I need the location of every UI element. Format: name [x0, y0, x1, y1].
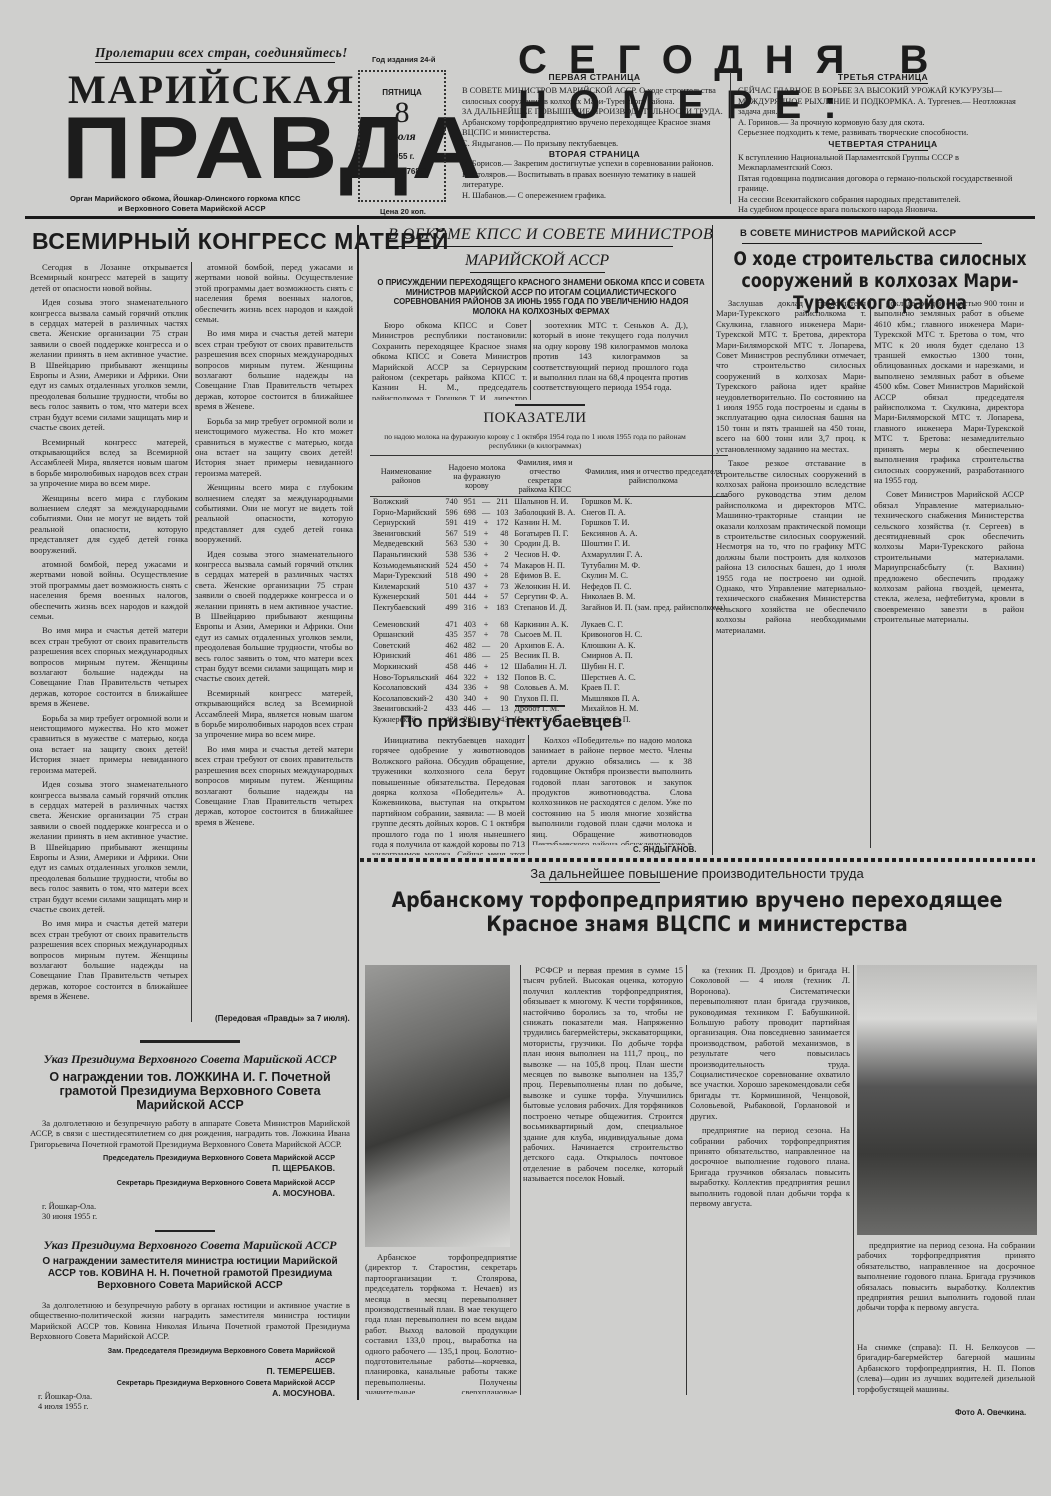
- signer-name: А. МОСУНОВА.: [90, 1188, 335, 1199]
- name-cell: Весник П. В.: [511, 651, 578, 662]
- arban-col4: предприятие на период сезона. На собрани…: [857, 1240, 1035, 1340]
- name-cell: Архипов Е. А.: [511, 641, 578, 652]
- district-cell: Куженерский: [370, 592, 442, 603]
- value-cell: 482: [461, 641, 479, 652]
- name-cell: Макаров Н. П.: [511, 561, 578, 572]
- indicators-table: Наименование районов Надоено молока на ф…: [370, 455, 728, 725]
- value-cell: 450: [461, 561, 479, 572]
- name-cell: Чеснов Н. Ф.: [511, 550, 578, 561]
- value-cell: 25: [493, 651, 511, 662]
- table-row: Ново-Торъяльский464322+132Попов В. С.Шер…: [370, 673, 728, 684]
- table-row: Сернурский591419+172Казнин Н. М.Горшков …: [370, 518, 728, 529]
- year: 1955 г.: [360, 152, 444, 161]
- table-row: Параньгинский538536+2Чеснов Н. Ф.Ахмарул…: [370, 550, 728, 561]
- signer-name: П. ТЕМЕРЕШЕВ.: [90, 1366, 335, 1376]
- value-cell: +: [479, 617, 493, 631]
- value-cell: 172: [493, 518, 511, 529]
- value-cell: 499: [442, 603, 460, 617]
- value-cell: +: [479, 582, 493, 593]
- value-cell: +: [479, 662, 493, 673]
- value-cell: +: [479, 630, 493, 641]
- value-cell: 430: [442, 694, 460, 705]
- table-row: Мари-Турекский518490+28Ефимов В. Е.Скули…: [370, 571, 728, 582]
- organ-line-2: и Верховного Совета Марийской АССР: [118, 204, 266, 213]
- paragraph: Идея созыва этого знаменательного конгре…: [195, 549, 353, 684]
- toc-right: ТРЕТЬЯ СТРАНИЦА СЕЙЧАС ГЛАВНОЕ В БОРЬБЕ …: [738, 72, 1028, 216]
- value-cell: +: [479, 694, 493, 705]
- toc-item[interactable]: В. Столяров.— Воспитывать в правах военн…: [462, 170, 727, 191]
- value-cell: 183: [493, 603, 511, 617]
- article-congress-col2: атомной бомбой, перед ужасами и жертвами…: [195, 262, 353, 1002]
- table-row: Косолаповский-2430340+90Глухов П. П.Мышл…: [370, 694, 728, 705]
- value-cell: 90: [493, 694, 511, 705]
- district-cell: Звениговский: [370, 529, 442, 540]
- photo-peat-workers-right: [857, 965, 1037, 1235]
- decree2-signatures: Зам. Председателя Президиума Верховного …: [90, 1346, 335, 1398]
- place: г. Йошкар-Ола.: [38, 1392, 92, 1402]
- value-cell: 403: [461, 617, 479, 631]
- table-row: Пектубаевский499316+183Степанов И. Д.Заг…: [370, 603, 728, 617]
- pectub-headline: По призыву пектубаевцев: [400, 712, 622, 732]
- toc-item[interactable]: К вступлению Национальной Парламентской …: [738, 153, 1028, 174]
- value-cell: 698: [461, 508, 479, 519]
- value-cell: 458: [442, 662, 460, 673]
- value-cell: —: [479, 497, 493, 508]
- value-cell: 68: [493, 617, 511, 631]
- decree2-body: За долголетнюю и безупречную работу в ор…: [30, 1300, 350, 1346]
- value-cell: 211: [493, 497, 511, 508]
- table-row: Горно-Марийский596698—103Заболоцкий В. А…: [370, 508, 728, 519]
- wavy-divider: [360, 858, 1035, 862]
- pectub-byline: С. ЯНДЫГАНОВ.: [633, 845, 696, 854]
- value-cell: 434: [442, 683, 460, 694]
- value-cell: 591: [442, 518, 460, 529]
- value-cell: 435: [442, 630, 460, 641]
- value-cell: 536: [461, 550, 479, 561]
- toc-item[interactable]: Пятая годовщина подписания договора о ге…: [738, 174, 1028, 195]
- table-row: Килемарский510437+73Желонкин Н. И.Нефедо…: [370, 582, 728, 593]
- name-cell: Степанов И. Д.: [511, 603, 578, 617]
- table-row: Звениговский567519+48Богатырев П. Г.Бекс…: [370, 529, 728, 540]
- value-cell: +: [479, 603, 493, 617]
- paragraph: Во имя мира и счастья детей матери всех …: [30, 625, 188, 708]
- value-cell: —: [479, 651, 493, 662]
- value-cell: 596: [442, 508, 460, 519]
- value-cell: 518: [442, 571, 460, 582]
- decree1-body: За долголетнюю и безупречную работу в ап…: [30, 1118, 350, 1153]
- value-cell: 2: [493, 550, 511, 561]
- decree2-place-date: г. Йошкар-Ола. 4 июля 1955 г.: [38, 1392, 92, 1412]
- place: г. Йошкар-Ола.: [42, 1202, 97, 1212]
- value-cell: 471: [442, 617, 460, 631]
- name-cell: Казнин Н. М.: [511, 518, 578, 529]
- name-cell: Ахмаруллин Г. А.: [578, 550, 728, 561]
- name-cell: Нефедов П. С.: [578, 582, 728, 593]
- name-cell: Тутубалин М. Ф.: [578, 561, 728, 572]
- name-cell: Ефимов В. Е.: [511, 571, 578, 582]
- table-row: Косолаповский434336+98Соловьев А. М.Крае…: [370, 683, 728, 694]
- value-cell: 357: [461, 630, 479, 641]
- paragraph: Всемирный конгресс матерей, открывающийс…: [30, 437, 188, 489]
- paragraph: Идея созыва этого знаменательного конгре…: [30, 779, 188, 914]
- photo-caption: На снимке (справа): П. Н. Белкоусов — бр…: [857, 1342, 1035, 1398]
- paragraph: Заслушав доклад председателя Мари-Турекс…: [716, 298, 866, 454]
- value-cell: 132: [493, 673, 511, 684]
- toc-item[interactable]: В СОВЕТЕ МИНИСТРОВ МАРИЙСКОЙ АССР. О ход…: [462, 86, 727, 107]
- arban-kicker: За дальнейшее повышение производительнос…: [362, 866, 1032, 881]
- decree1-signatures: Председатель Президиума Верховного Совет…: [90, 1152, 335, 1199]
- value-cell: 12: [493, 662, 511, 673]
- name-cell: Попов В. С.: [511, 673, 578, 684]
- paragraph: атомной бомбой, перед ужасами и жертвами…: [195, 262, 353, 324]
- toc-item[interactable]: Н. Шабанов.— С опережением графика.: [462, 191, 727, 202]
- name-cell: Скулин М. С.: [578, 571, 728, 582]
- toc-item[interactable]: С. Яндыганов.— По призыву пектубаевцев.: [462, 139, 727, 150]
- arban-col3: ка (техник П. Дроздов) и бригада Н. Соко…: [690, 965, 850, 1395]
- district-cell: Мари-Турекский: [370, 571, 442, 582]
- name-cell: Горшков Т. И.: [578, 518, 728, 529]
- value-cell: 30: [493, 539, 511, 550]
- name-cell: Шалынов Н. И.: [511, 497, 578, 508]
- value-cell: 78: [493, 630, 511, 641]
- district-cell: Медведевский: [370, 539, 442, 550]
- district-cell: Сернурский: [370, 518, 442, 529]
- value-cell: +: [479, 561, 493, 572]
- value-cell: 524: [442, 561, 460, 572]
- name-cell: Богатырев П. Г.: [511, 529, 578, 540]
- paragraph: Женщины всего мира с глубоким волнением …: [30, 493, 188, 555]
- value-cell: 322: [461, 673, 479, 684]
- district-cell: Косолаповский: [370, 683, 442, 694]
- value-cell: +: [479, 571, 493, 582]
- value-cell: +: [479, 550, 493, 561]
- value-cell: 538: [442, 550, 460, 561]
- name-cell: Шубин Н. Г.: [578, 662, 728, 673]
- issue-number: № 135 (7688): [360, 167, 444, 176]
- value-cell: 28: [493, 571, 511, 582]
- headline-mothers-congress: ВСЕМИРНЫЙ КОНГРЕСС МАТЕРЕЙ: [32, 228, 449, 255]
- district-cell: Ново-Торъяльский: [370, 673, 442, 684]
- value-cell: 57: [493, 592, 511, 603]
- date: 4 июля 1955 г.: [38, 1402, 92, 1412]
- arban-col2: РСФСР и первая премия в сумме 15 тысяч р…: [523, 965, 683, 1395]
- name-cell: Каркинин А. К.: [511, 617, 578, 631]
- date-box: ПЯТНИЦА 8 июля 1955 г. № 135 (7688): [358, 70, 446, 202]
- value-cell: —: [479, 508, 493, 519]
- mid-kicker-1: В ОБКОМЕ КПСС И СОВЕТЕ МИНИСТРОВ: [388, 226, 713, 244]
- right-col2: доклада, общей емкостью 900 тонн и выпол…: [874, 298, 1024, 858]
- indicators-table-wrap: Наименование районов Надоено молока на ф…: [370, 455, 705, 725]
- paragraph: Идея созыва этого знаменательного конгре…: [30, 297, 188, 432]
- photo-credit: Фото А. Овечкина.: [955, 1408, 1026, 1417]
- arban-col1: Арбанское торфопредприятие (директор т. …: [365, 1252, 517, 1394]
- signer-role: Секретарь Президиума Верховного Совета М…: [90, 1177, 335, 1188]
- value-cell: 73: [493, 582, 511, 593]
- signer-name: П. ЩЕРБАКОВ.: [90, 1163, 335, 1174]
- district-cell: Советский: [370, 641, 442, 652]
- price: Цена 20 коп.: [380, 207, 426, 216]
- value-cell: 563: [442, 539, 460, 550]
- toc-item[interactable]: На судебном процессе врага польского нар…: [738, 205, 1028, 216]
- value-cell: 48: [493, 529, 511, 540]
- value-cell: 490: [461, 571, 479, 582]
- photo-peat-workers-left: [365, 965, 510, 1247]
- ornament-divider: [140, 1040, 240, 1043]
- toc-item[interactable]: В. Борисов.— Закрепим достигнутые успехи…: [462, 159, 727, 170]
- value-cell: 486: [461, 651, 479, 662]
- name-cell: Сысоев М. П.: [511, 630, 578, 641]
- year-of-publication: Год издания 24-й: [372, 55, 436, 64]
- article-congress-col1: Сегодня в Лозанне открывается Всемирный …: [30, 262, 188, 1002]
- arban-headline: Арбанскому торфопредприятию вручено пере…: [362, 888, 1032, 936]
- paragraph: атомной бомбой, перед ужасами и жертвами…: [30, 559, 188, 621]
- signer-role: Зам. Председателя Президиума Верховного …: [90, 1346, 335, 1366]
- toc-item[interactable]: А. Горинов.— За прочную кормовую базу дл…: [738, 118, 1028, 129]
- district-cell: Моркинский: [370, 662, 442, 673]
- paragraph: Сегодня в Лозанне открывается Всемирный …: [30, 262, 188, 293]
- district-cell: Волжский: [370, 497, 442, 508]
- paragraph: Совет Министров Марийской АССР обязал Уп…: [874, 489, 1024, 624]
- table-row: Юринский461486—25Весник П. В.Смирнов А. …: [370, 651, 728, 662]
- col-header: Надоено молока на фуражную корову: [442, 456, 511, 497]
- value-cell: 951: [461, 497, 479, 508]
- toc-section-title: ВТОРАЯ СТРАНИЦА: [462, 149, 727, 159]
- name-cell: Лукаев С. Г.: [578, 617, 728, 631]
- right-kicker: В СОВЕТЕ МИНИСТРОВ МАРИЙСКОЙ АССР: [740, 228, 956, 239]
- source-note: (Передовая «Правды» за 7 июля).: [215, 1014, 350, 1023]
- paragraph: Во имя мира и счастья детей матери всех …: [195, 744, 353, 827]
- table-row: Козьмодемьянский524450+74Макаров Н. П.Ту…: [370, 561, 728, 572]
- name-cell: Соловьев А. М.: [511, 683, 578, 694]
- date: 30 июня 1955 г.: [42, 1212, 97, 1222]
- table-subtitle: по надою молока на фуражную корову с 1 о…: [370, 432, 700, 450]
- name-cell: Шерстнев А. С.: [578, 673, 728, 684]
- value-cell: 20: [493, 641, 511, 652]
- value-cell: 419: [461, 518, 479, 529]
- table-row: Медведевский563530+30Сродин Д. В.Шоштин …: [370, 539, 728, 550]
- name-cell: Заболоцкий В. А.: [511, 508, 578, 519]
- decree1-kicker: Указ Президиума Верховного Совета Марийс…: [30, 1052, 350, 1067]
- table-row: Волжский740951—211Шалынов Н. И.Горшков М…: [370, 497, 728, 508]
- name-cell: Смирнов А. П.: [578, 651, 728, 662]
- district-cell: Горно-Марийский: [370, 508, 442, 519]
- decree2-kicker: Указ Президиума Верховного Совета Марийс…: [30, 1238, 350, 1253]
- table-title: ПОКАЗАТЕЛИ: [370, 410, 700, 427]
- paragraph: Во имя мира и счастья детей матери всех …: [195, 328, 353, 411]
- name-cell: Сергутин Ф. А.: [511, 592, 578, 603]
- value-cell: 444: [461, 592, 479, 603]
- mid-para-b: зоотехник МТС т. Сеньков А. Д.), который…: [533, 320, 688, 400]
- signer-role: Председатель Президиума Верховного Совет…: [90, 1152, 335, 1163]
- name-cell: Загайнов И. П. (зам. пред. райисполкома): [578, 603, 728, 617]
- decree2-headline: О награждении заместителя министра юстиц…: [30, 1256, 350, 1292]
- value-cell: 567: [442, 529, 460, 540]
- table-row: Семеновский471403+68Каркинин А. К.Лукаев…: [370, 617, 728, 631]
- pectub-col2: Колхоз «Победитель» по надою молока зани…: [532, 735, 692, 845]
- value-cell: 530: [461, 539, 479, 550]
- pectub-col1: Инициатива пектубаевцев находит горячее …: [372, 735, 525, 855]
- toc-section-title: ПЕРВАЯ СТРАНИЦА: [462, 72, 727, 82]
- decree1-headline: О награждении тов. ЛОЖКИНА И. Г. Почетно…: [40, 1070, 340, 1112]
- name-cell: Краев П. Г.: [578, 683, 728, 694]
- value-cell: 437: [461, 582, 479, 593]
- organ-line-1: Орган Марийского обкома, Йошкар-Олинског…: [70, 194, 301, 203]
- district-cell: Юринский: [370, 651, 442, 662]
- right-col1: Заслушав доклад председателя Мари-Турекс…: [716, 298, 866, 848]
- col-header: Фамилия, имя и отчество секретаря райком…: [511, 456, 578, 497]
- motto: Пролетарии всех стран, соединяйтесь!: [95, 45, 348, 61]
- day: 8: [360, 97, 444, 129]
- value-cell: 98: [493, 683, 511, 694]
- paragraph: доклада, общей емкостью 900 тонн и выпол…: [874, 298, 1024, 485]
- district-cell: Килемарский: [370, 582, 442, 593]
- district-cell: Козьмодемьянский: [370, 561, 442, 572]
- name-cell: Шоштин Г. И.: [578, 539, 728, 550]
- value-cell: +: [479, 529, 493, 540]
- value-cell: +: [479, 683, 493, 694]
- district-cell: Косолаповский-2: [370, 694, 442, 705]
- value-cell: 464: [442, 673, 460, 684]
- value-cell: —: [479, 641, 493, 652]
- toc-item[interactable]: На сессии Всекитайского собрания народны…: [738, 195, 1028, 206]
- mid-para-a: Бюро обкома КПСС и Совет Министров респу…: [372, 320, 527, 400]
- value-cell: +: [479, 518, 493, 529]
- col-header: Фамилия, имя и отчество председателя рай…: [578, 456, 728, 497]
- district-cell: Пектубаевский: [370, 603, 442, 617]
- toc-item[interactable]: Серьезнее подходить к теме, развивать тв…: [738, 128, 1028, 139]
- name-cell: Шабалин Н. Л.: [511, 662, 578, 673]
- value-cell: +: [479, 592, 493, 603]
- value-cell: 103: [493, 508, 511, 519]
- value-cell: +: [479, 539, 493, 550]
- value-cell: +: [479, 673, 493, 684]
- name-cell: Глухов П. П.: [511, 694, 578, 705]
- col-header: Наименование районов: [370, 456, 442, 497]
- table-row: Куженерский501444+57Сергутин Ф. А.Никола…: [370, 592, 728, 603]
- value-cell: 316: [461, 603, 479, 617]
- toc-item[interactable]: СЕЙЧАС ГЛАВНОЕ В БОРЬБЕ ЗА ВЫСОКИЙ УРОЖА…: [738, 86, 1028, 118]
- paragraph: Борьба за мир требует огромной воли и не…: [195, 416, 353, 478]
- toc-item[interactable]: ЗА ДАЛЬНЕЙШЕЕ ПОВЫШЕНИЕ ПРОИЗВОДИТЕЛЬНОС…: [462, 107, 727, 139]
- value-cell: 740: [442, 497, 460, 508]
- value-cell: 74: [493, 561, 511, 572]
- paragraph: Женщины всего мира с глубоким волнением …: [195, 482, 353, 544]
- month: июля: [360, 129, 444, 144]
- mid-headline: О ПРИСУЖДЕНИИ ПЕРЕХОДЯЩЕГО КРАСНОГО ЗНАМ…: [376, 278, 706, 316]
- name-cell: Желонкин Н. И.: [511, 582, 578, 593]
- value-cell: 510: [442, 582, 460, 593]
- district-cell: Оршанский: [370, 630, 442, 641]
- name-cell: Горшков М. К.: [578, 497, 728, 508]
- value-cell: 462: [442, 641, 460, 652]
- name-cell: Сродин Д. В.: [511, 539, 578, 550]
- table-row: Советский462482—20Архипов Е. А.Клюшкин А…: [370, 641, 728, 652]
- name-cell: Николаев В. М.: [578, 592, 728, 603]
- signer-role: Секретарь Президиума Верховного Совета М…: [90, 1378, 335, 1388]
- name-cell: Бексиянов А. А.: [578, 529, 728, 540]
- toc-section-title: ЧЕТВЕРТАЯ СТРАНИЦА: [738, 139, 1028, 149]
- value-cell: 501: [442, 592, 460, 603]
- paragraph: Всемирный конгресс матерей, открывающийс…: [195, 688, 353, 740]
- value-cell: 446: [461, 662, 479, 673]
- value-cell: 340: [461, 694, 479, 705]
- value-cell: 461: [442, 651, 460, 662]
- table-row: Оршанский435357+78Сысоев М. П.Кривоногов…: [370, 630, 728, 641]
- paragraph: Такое резкое отставание в строительстве …: [716, 458, 866, 635]
- paragraph: Борьба за мир требует огромной воли и не…: [30, 713, 188, 775]
- value-cell: 336: [461, 683, 479, 694]
- mid-kicker-2: МАРИЙСКОЙ АССР: [465, 252, 609, 270]
- toc-section-title: ТРЕТЬЯ СТРАНИЦА: [738, 72, 1028, 82]
- district-cell: Параньгинский: [370, 550, 442, 561]
- district-cell: Семеновский: [370, 617, 442, 631]
- toc-left: ПЕРВАЯ СТРАНИЦА В СОВЕТЕ МИНИСТРОВ МАРИЙ…: [462, 72, 727, 201]
- table-row: Моркинский458446+12Шабалин Н. Л.Шубин Н.…: [370, 662, 728, 673]
- name-cell: Снегов П. А.: [578, 508, 728, 519]
- value-cell: 519: [461, 529, 479, 540]
- signer-name: А. МОСУНОВА.: [90, 1388, 335, 1398]
- name-cell: Клюшкин А. К.: [578, 641, 728, 652]
- paragraph: Во имя мира и счастья детей матери всех …: [30, 918, 188, 1001]
- decree1-place-date: г. Йошкар-Ола. 30 июня 1955 г.: [42, 1202, 97, 1222]
- name-cell: Кривоногов Н. С.: [578, 630, 728, 641]
- name-cell: Мышляков П. А.: [578, 694, 728, 705]
